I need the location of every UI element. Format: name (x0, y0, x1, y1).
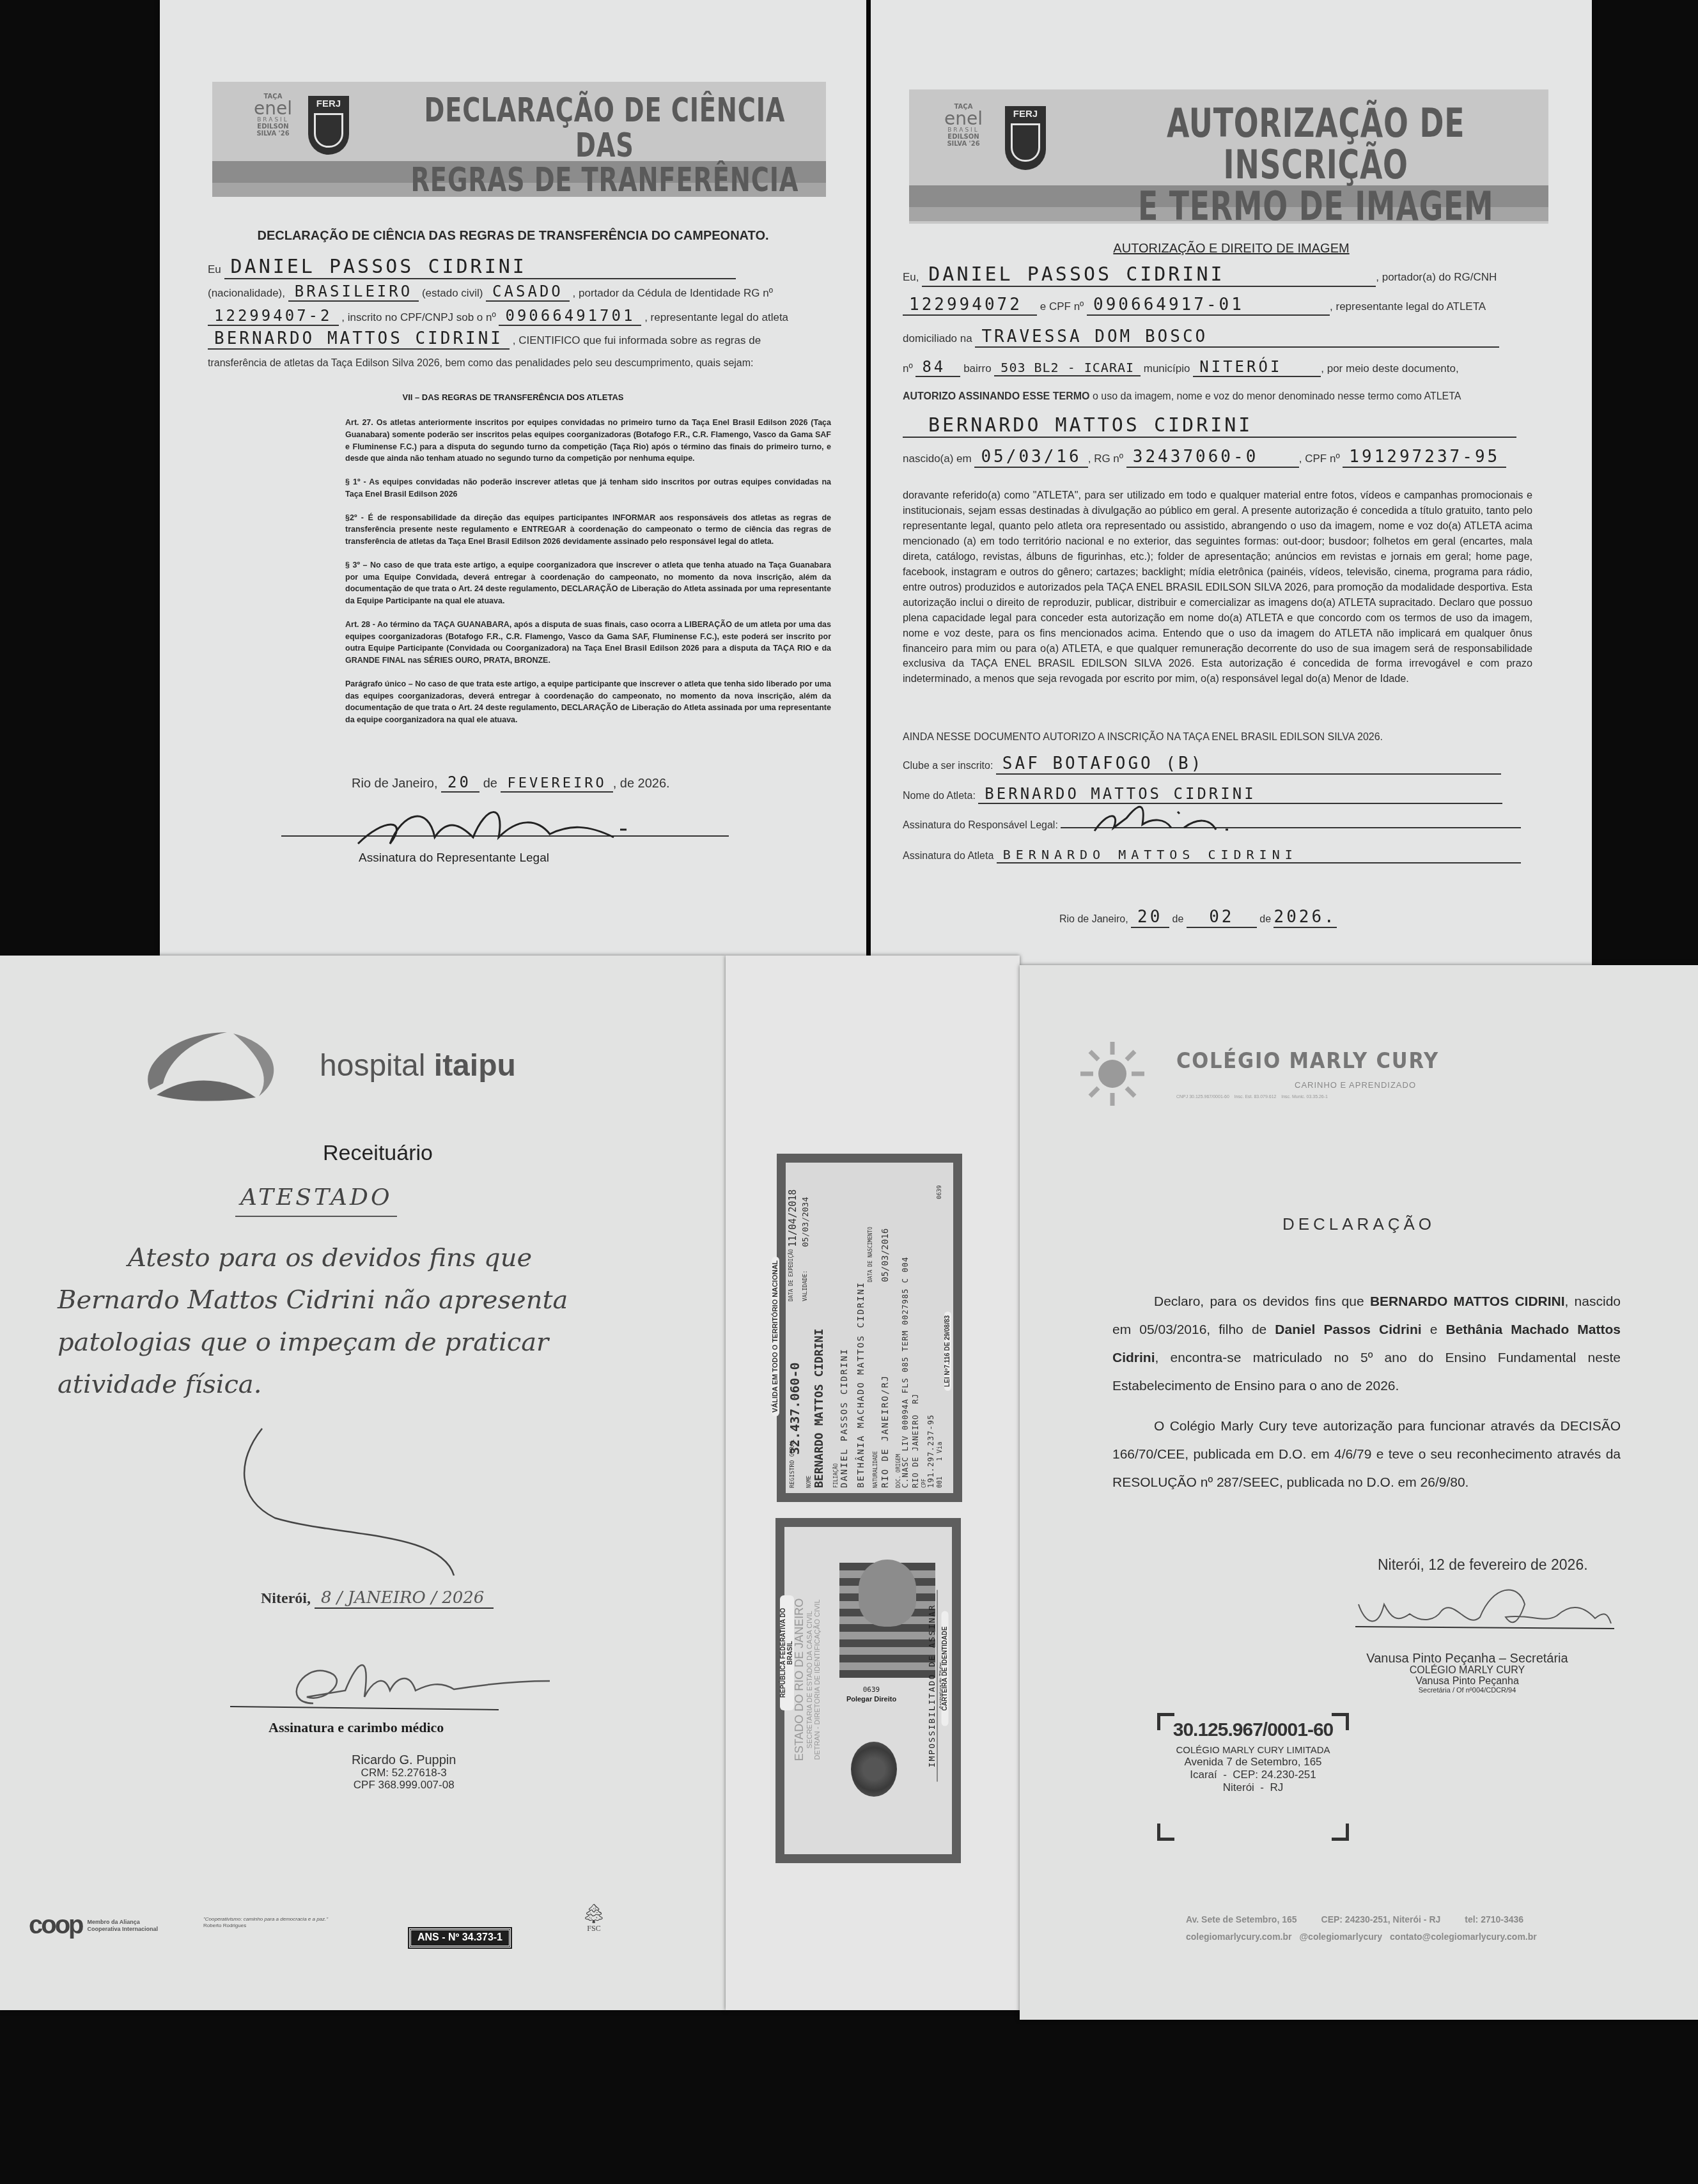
value-assinatura-atleta: BERNARDO MATTOS CIDRINI (997, 847, 1521, 864)
value-cpf: 090664917-01 (1087, 295, 1330, 316)
autorizo-rest: o uso da imagem, nome e voz do menor den… (1089, 391, 1461, 402)
stamp-cnpj: 30.125.967/0001-60 (1157, 1719, 1349, 1741)
value-representative-name: DANIEL PASSOS CIDRINI (224, 256, 736, 279)
value-rg: 122994072 (903, 295, 1037, 316)
thumbprint (851, 1742, 897, 1797)
date-month: 02 (1187, 908, 1257, 928)
field-eu: Eu, DANIEL PASSOS CIDRINI, portador(a) d… (903, 263, 1497, 287)
label-nome-atleta: Nome do Atleta: (903, 791, 976, 802)
ferj-shield-icon (1011, 123, 1040, 162)
cnpj-stamp: 30.125.967/0001-60 COLÉGIO MARLY CURY LI… (1157, 1713, 1349, 1841)
stamp-district: Icaraí - CEP: 24.230-251 (1157, 1769, 1349, 1781)
label-numero: nº (903, 362, 913, 375)
date-de-1: de (1172, 914, 1184, 925)
back-detran: DETRAN - DIRETORIA DE IDENTIFICAÇÃO CIVI… (814, 1577, 822, 1782)
label-representante: , representante legal do atleta (644, 311, 788, 323)
logo-brasil-text: BRASIL (244, 117, 302, 123)
value-pai: DANIEL PASSOS CIDRINI (839, 1348, 850, 1488)
responsible-signature (1082, 799, 1248, 837)
value-municipio: NITERÓI (1193, 358, 1321, 377)
label-filiacao: FILIAÇÃO (833, 1463, 839, 1488)
stamp-company-name: COLÉGIO MARLY CURY LIMITADA (1157, 1745, 1349, 1756)
field-atleta-line: BERNARDO MATTOS CIDRINI , CIENTIFICO que… (208, 329, 761, 350)
stamp-doctor-name: Ricardo G. Puppin (352, 1753, 456, 1767)
value-numero: 84 (915, 358, 960, 377)
label-cientifico: , CIENTIFICO que fui informada sobre as … (513, 334, 761, 346)
value-athlete-name: BERNARDO MATTOS CIDRINI (903, 414, 1516, 438)
label-assinatura-atleta: Assinatura do Atleta (903, 851, 993, 862)
field-domicilio: domiciliado na TRAVESSA DOM BOSCO (903, 327, 1499, 348)
p1-e: e (1422, 1322, 1446, 1337)
value-nacionalidade: BRASILEIRO (288, 283, 419, 302)
declaration-date: Niterói, 12 de fevereiro de 2026. (1378, 1556, 1588, 1574)
stamp-secretary-name: Vanusa Pinto Peçanha (1333, 1677, 1601, 1687)
label-eu: Eu, (903, 271, 919, 283)
field-assinatura-atleta: Assinatura do Atleta BERNARDO MATTOS CID… (903, 847, 1521, 864)
p1-father-name: Daniel Passos Cidrini (1275, 1322, 1421, 1337)
prescription-title: Receituário (323, 1141, 433, 1166)
label-municipio: município (1144, 362, 1190, 375)
date-prefix: Rio de Janeiro, (1059, 914, 1128, 925)
label-nome: NOME (806, 1476, 812, 1488)
front-footer-band: LEI Nº7.116 DE 29/08/83 (944, 1312, 951, 1391)
doctor-signature-caption: Assinatura e carimbo médico (269, 1719, 444, 1736)
school-logo (1077, 1039, 1141, 1103)
ans-badge: ANS - Nº 34.373-1 (409, 1928, 511, 1948)
footer-address-row: Av. Sete de Setembro, 165 CEP: 24230-251… (1186, 1911, 1697, 1928)
footer-quote: "Cooperativismo: caminho para a democrac… (203, 1916, 328, 1930)
field-eu: Eu DANIEL PASSOS CIDRINI (208, 256, 736, 279)
inscricao-line: AINDA NESSE DOCUMENTO AUTORIZO A INSCRIÇ… (903, 732, 1383, 743)
coop-text-line-1: Membro da Aliança (88, 1919, 159, 1926)
field-numero-bairro: nº 84 bairro 503 BL2 - ICARAI município … (903, 358, 1459, 377)
stamp-address: Avenida 7 de Setembro, 165 (1157, 1756, 1349, 1769)
signature-caption: Assinatura do Representante Legal (160, 851, 748, 865)
stamp-crm: CRM: 52.27618-3 (352, 1767, 456, 1779)
stamp-school: COLÉGIO MARLY CURY (1333, 1666, 1601, 1677)
fsc-logo: 🌲︎ FSC (582, 1905, 606, 1933)
doctor-stamp: Ricardo G. Puppin CRM: 52.27618-3 CPF 36… (352, 1753, 456, 1791)
date-value: 8 / JANEIRO / 2026 (315, 1588, 494, 1609)
article-27-par-2: §2º - É de responsabilidade da direção d… (345, 512, 831, 548)
autorizo-bold: AUTORIZO ASSINANDO ESSE TERMO (903, 391, 1089, 402)
footer-phone: tel: 2710-3436 (1465, 1911, 1523, 1928)
declaration-title: DECLARAÇÃO (1020, 1214, 1698, 1234)
logo-silva-text: SILVA '26 (935, 141, 992, 148)
value-nascimento: 05/03/2016 (880, 1228, 891, 1282)
field-nacionalidade-line: (nacionalidade), BRASILEIRO (estado civi… (208, 283, 773, 302)
label-domicilio: domiciliado na (903, 332, 972, 345)
ferj-logo: FERJ (308, 96, 349, 155)
date-prefix: Niterói, (261, 1590, 311, 1607)
label-cpf: e CPF nº (1040, 300, 1084, 313)
handwritten-body: Atesto para os devidos fins que Bernardo… (58, 1237, 665, 1406)
field-rg-cpf: 122994072 e CPF nº 090664917-01, represe… (903, 295, 1486, 316)
signature-date: Rio de Janeiro, 20 de 02 de 2026. (1059, 908, 1337, 928)
date-day: 20 (1131, 908, 1169, 928)
handwritten-heading: ATESTADO (235, 1184, 397, 1217)
banner-title-line1: AUTORIZAÇÃO DE INSCRIÇÃO (1101, 102, 1531, 185)
stamp-secretary-role: Secretária / Of nº004/CDCR/94 (1333, 1687, 1601, 1695)
handwritten-line-1: Atesto para os devidos fins que (58, 1237, 665, 1279)
handwritten-line-4: atividade física. (58, 1363, 665, 1406)
banner-title: DECLARAÇÃO DE CIÊNCIA DAS REGRAS DE TRAN… (398, 93, 812, 198)
value-cpf: 09066491701 (499, 307, 641, 326)
field-clube: Clube a ser inscrito: SAF BOTAFOGO (B) (903, 754, 1501, 775)
field-nascimento: nascido(a) em 05/03/16, RG nº 32437060-0… (903, 447, 1506, 468)
label-cpf: , inscrito no CPF/CNPJ sob o nº (341, 311, 495, 323)
id-card-front: VÁLIDA EM TODO O TERRITÓRIO NACIONAL REG… (777, 1154, 962, 1502)
value-doc-origem-1: C.NASC LIV 00094A FLS 085 TERM 0027985 C… (901, 1257, 910, 1488)
ferj-shield-icon (314, 113, 343, 148)
logo-brasil-text: BRASIL (935, 127, 992, 134)
logo-silva-text: SILVA '26 (244, 130, 302, 137)
taca-enel-logo: TAÇA enel BRASIL EDILSON SILVA '26 (244, 93, 302, 137)
tree-icon: 🌲︎ (582, 1905, 606, 1924)
date-de: de (483, 777, 497, 791)
signer-line: Vanusa Pinto Peçanha – Secretária (1333, 1652, 1601, 1666)
secretary-signature (1352, 1579, 1621, 1643)
id-card-back: REPÚBLICA FEDERATIVA DO BRASIL ESTADO DO… (775, 1518, 961, 1863)
authorization-body: doravante referido(a) como "ATLETA", par… (903, 488, 1532, 687)
logo-enel-text: enel (935, 111, 992, 127)
footer-coop: coop Membro da Aliança Cooperativa Inter… (29, 1911, 158, 1940)
p1-a: Declaro, para os devidos fins que (1112, 1294, 1370, 1309)
article-27-par-1: § 1º - As equipes convidadas não poderão… (345, 476, 831, 500)
stamp-cpf: CPF 368.999.007-08 (352, 1779, 456, 1792)
page-heading: AUTORIZAÇÃO E DIREITO DE IMAGEM (871, 242, 1592, 256)
date-prefix: Rio de Janeiro, (352, 777, 438, 791)
school-brand: COLÉGIO MARLY CURY (1176, 1048, 1439, 1074)
value-naturalidade: RIO DE JANEIRO/RJ (880, 1375, 891, 1488)
back-state: ESTADO DO RIO DE JANEIRO (793, 1577, 806, 1782)
label-expedicao: DATA DE EXPEDIÇÃO (788, 1249, 794, 1301)
school-footer: Av. Sete de Setembro, 165 CEP: 24230-251… (1186, 1911, 1697, 1945)
article-28-single-par: Parágrafo único – No caso de que trata e… (345, 678, 831, 726)
article-27-par-3: § 3º – No caso de que trata este artigo,… (345, 559, 831, 607)
footer-web-row: colegiomarlycury.com.br @colegiomarlycur… (1186, 1928, 1697, 1946)
hospital-brand: hospital itaipu (320, 1048, 516, 1083)
sheet-id-card-copy: VÁLIDA EM TODO O TERRITÓRIO NACIONAL REG… (726, 956, 1020, 2010)
doctor-signature (230, 1646, 563, 1723)
banner-title-line2: E TERMO DE IMAGEM (1101, 185, 1531, 227)
brand-itaipu-text: itaipu (434, 1049, 516, 1083)
value-via: 001 1 Via (937, 1442, 944, 1488)
date-month: FEVEREIRO (501, 775, 612, 793)
handwritten-line-2: Bernardo Mattos Cidrini não apresenta (58, 1279, 665, 1321)
coop-text: Membro da Aliança Cooperativa Internacio… (88, 1919, 159, 1933)
value-cpf: 191.297.237-95 (926, 1414, 935, 1488)
sheet-declaracao-ciencia: TAÇA enel BRASIL EDILSON SILVA '26 FERJ … (160, 0, 866, 956)
field-rg-line: 12299407-2 , inscrito no CPF/CNPJ sob o … (208, 307, 788, 326)
signature-impossibilitado: IMPOSSIBILITADO DE ASSINAR (928, 1590, 938, 1782)
value-athlete-name: BERNARDO MATTOS CIDRINI (208, 329, 510, 350)
brand-hospital-text: hospital (320, 1049, 425, 1083)
sheet-atestado-medico: hospital itaipu Receituário ATESTADO Ate… (0, 956, 726, 2010)
label-nascido: nascido(a) em (903, 453, 972, 465)
label-naturalidade: NATURALIDADE (873, 1451, 878, 1488)
sheet-autorizacao-imagem: TAÇA enel BRASIL EDILSON SILVA '26 FERJ … (871, 0, 1592, 965)
stamp-city: Niterói - RJ (1157, 1781, 1349, 1794)
page-heading: DECLARAÇÃO DE CIÊNCIA DAS REGRAS DE TRAN… (160, 229, 866, 244)
field-atleta: BERNARDO MATTOS CIDRINI (903, 414, 1516, 438)
sun-icon (1077, 1039, 1148, 1109)
label-cpf-atleta: , CPF nº (1299, 453, 1340, 465)
label-rg-atleta: , RG nº (1088, 453, 1123, 465)
prescription-date: Niterói, 8 / JANEIRO / 2026 (261, 1588, 494, 1609)
label-portador: , portador(a) do RG/CNH (1376, 271, 1497, 283)
child-photo (839, 1563, 935, 1678)
handwritten-bracket (237, 1422, 467, 1588)
value-rg-atleta: 32437060-0 (1126, 447, 1299, 468)
banner-title-line1: DECLARAÇÃO DE CIÊNCIA DAS (398, 93, 812, 163)
date-day: 20 (441, 773, 479, 793)
footer-cep: CEP: 24230-251, Niterói - RJ (1321, 1911, 1441, 1928)
value-representative-name: DANIEL PASSOS CIDRINI (922, 263, 1376, 287)
p1-g: , encontra-se matriculado no 5º ano do E… (1112, 1351, 1621, 1393)
front-rotated: VÁLIDA EM TODO O TERRITÓRIO NACIONAL REG… (786, 1163, 953, 1493)
footer-website-link[interactable]: colegiomarlycury.com.br (1186, 1928, 1291, 1946)
label-representante: , representante legal do ATLETA (1330, 300, 1486, 313)
label-validade: VALIDADE: (802, 1270, 809, 1301)
back-agency-text: ESTADO DO RIO DE JANEIRO SECRETARIA DE E… (793, 1577, 822, 1782)
label-eu: Eu (208, 263, 221, 275)
value-validade: 05/03/2034 (801, 1197, 811, 1247)
label-clube: Clube a ser inscrito: (903, 761, 993, 771)
date-de-2: de (1259, 914, 1271, 925)
logo-enel-text: enel (244, 100, 302, 117)
coop-logo-icon: coop (29, 1911, 82, 1940)
footer-street: Av. Sete de Setembro, 165 (1186, 1911, 1297, 1928)
banner-title-line2: REGRAS DE TRANFERÊNCIA (398, 163, 812, 198)
p1-student-name: BERNARDO MATTOS CIDRINI (1370, 1294, 1565, 1309)
value-code: 0639 (937, 1185, 943, 1199)
label-por-meio: , por meio deste documento, (1321, 362, 1458, 375)
label-bairro: bairro (963, 362, 991, 375)
value-nascimento: 05/03/16 (974, 447, 1087, 468)
back-right-band: CARTEIRA DE IDENTIDADE (942, 1611, 949, 1726)
article-27: Art. 27. Os atletas anteriormente inscri… (345, 417, 831, 465)
value-estado-civil: CASADO (486, 283, 570, 302)
autorizo-line: AUTORIZO ASSINANDO ESSE TERMO o uso da i… (903, 391, 1461, 403)
fsc-text: FSC (582, 1924, 606, 1933)
school-registration: CNPJ 30.125.967/0001-60 Insc. Est. 83.07… (1176, 1095, 1328, 1099)
label-estado-civil: (estado civil) (422, 287, 483, 299)
value-bairro: 503 BL2 - ICARAI (994, 360, 1141, 376)
declaration-paragraph-1: Declaro, para os devidos fins que BERNAR… (1112, 1288, 1621, 1400)
value-rg: 12299407-2 (208, 307, 339, 326)
rules-articles: Art. 27. Os atletas anteriormente inscri… (345, 417, 831, 738)
footer-social-link[interactable]: @colegiomarlycury (1299, 1928, 1382, 1946)
value-mae: BETHÂNIA MACHADO MATTOS CIDRINI (856, 1282, 866, 1488)
sheet-declaracao-escolar: COLÉGIO MARLY CURY CARINHO E APRENDIZADO… (1020, 965, 1698, 2020)
secretary-block: Vanusa Pinto Peçanha – Secretária COLÉGI… (1333, 1652, 1601, 1694)
photo-face (859, 1560, 916, 1627)
article-28: Art. 28 - Ao término da TAÇA GUANABARA, … (345, 619, 831, 667)
signature-date: Rio de Janeiro, 20 de FEVEREIRO, de 2026… (352, 773, 670, 793)
back-secretaria: SECRETARIA DE ESTADO DA CASA CIVIL (806, 1577, 814, 1782)
school-tagline: CARINHO E APRENDIZADO (1295, 1080, 1416, 1090)
value-doc-origem-2: RIO DE JANEIRO RJ (911, 1393, 920, 1488)
value-cpf-atleta: 191297237-95 (1343, 447, 1506, 468)
label-portador: , portador da Cédula de Identidade RG nº (573, 287, 773, 299)
logo-edilson-text: EDILSON (244, 123, 302, 130)
date-year: 2026. (1273, 908, 1336, 928)
value-expedicao: 11/04/2018 (787, 1189, 798, 1247)
ferj-text: FERJ (1013, 109, 1038, 120)
ferj-logo: FERJ (1005, 106, 1046, 170)
handwritten-line-3: patologias que o impeçam de praticar (58, 1321, 665, 1363)
label-assinatura-responsavel: Assinatura do Responsável Legal: (903, 820, 1058, 831)
front-header-band: VÁLIDA EM TODO O TERRITÓRIO NACIONAL (772, 1257, 779, 1416)
label-nacionalidade: (nacionalidade), (208, 287, 285, 299)
label-nascimento: DATA DE NASCIMENTO (868, 1227, 873, 1282)
intro-tail: transferência de atletas da Taça Edilson… (208, 358, 754, 369)
value-endereco: TRAVESSA DOM BOSCO (975, 327, 1499, 348)
declaration-paragraph-2: O Colégio Marly Cury teve autorização pa… (1112, 1413, 1621, 1497)
ferj-text: FERJ (316, 98, 341, 109)
value-clube: SAF BOTAFOGO (B) (996, 754, 1501, 775)
hospital-logo-icon (131, 1026, 284, 1103)
quote-text: "Cooperativismo: caminho para a democrac… (203, 1916, 328, 1923)
logo-edilson-text: EDILSON (935, 134, 992, 141)
event-banner: TAÇA enel BRASIL EDILSON SILVA '26 FERJ … (909, 89, 1548, 224)
value-registro: 32.437.060-0 (787, 1363, 802, 1455)
event-banner: TAÇA enel BRASIL EDILSON SILVA '26 FERJ … (212, 82, 826, 197)
quote-author: Roberto Rodrigues (203, 1923, 328, 1929)
section-title: VII – DAS REGRAS DE TRANSFERÊNCIA DOS AT… (160, 392, 866, 402)
coop-text-line-2: Cooperativa Internacional (88, 1926, 159, 1933)
banner-title: AUTORIZAÇÃO DE INSCRIÇÃO E TERMO DE IMAG… (1101, 102, 1531, 227)
taca-enel-logo: TAÇA enel BRASIL EDILSON SILVA '26 (935, 104, 992, 148)
value-nome: BERNARDO MATTOS CIDRINI (813, 1329, 826, 1488)
representative-signature (281, 799, 742, 856)
date-suffix: , de 2026. (613, 777, 670, 791)
footer-email-link[interactable]: contato@colegiomarlycury.com.br (1390, 1928, 1537, 1946)
